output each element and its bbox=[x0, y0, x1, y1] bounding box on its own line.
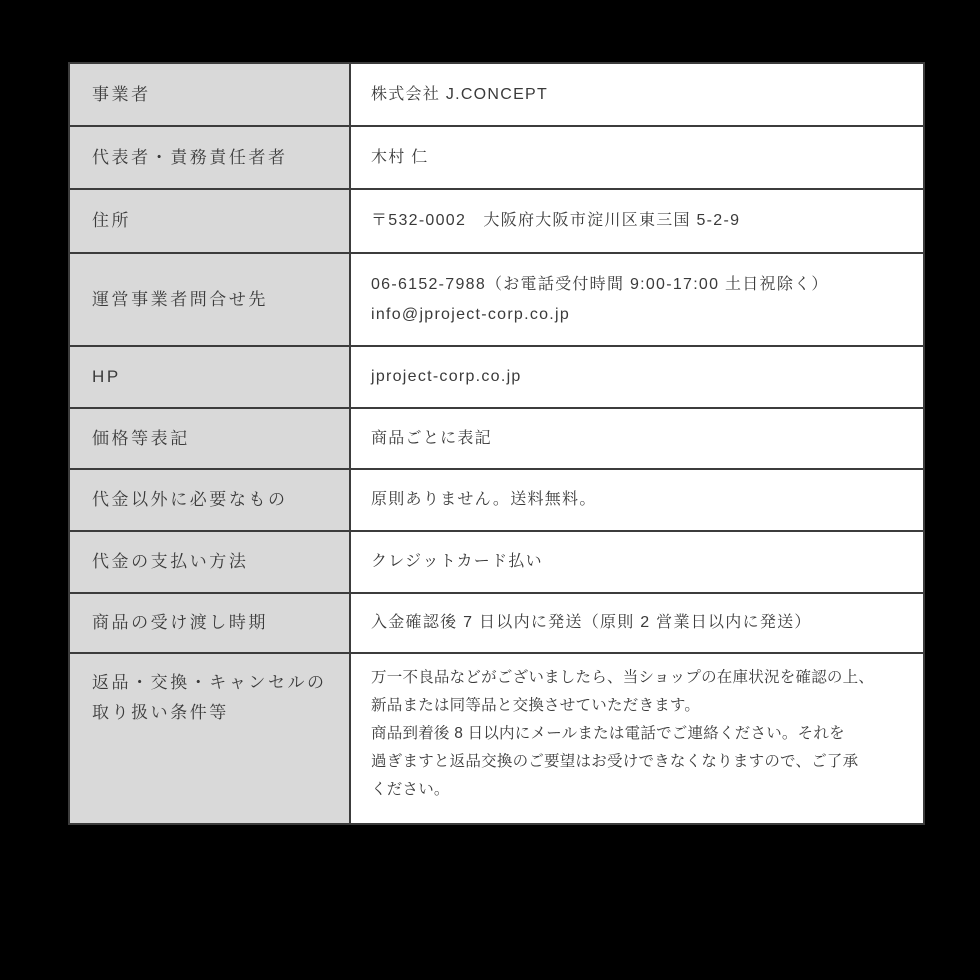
row-label-business: 事業者 bbox=[69, 63, 350, 126]
returns-policy-line-4: 過ぎますと返品交換のご要望はお受けできなくなりますので、ご了承 bbox=[371, 748, 911, 776]
row-value-address: 〒532-0002 大阪府大阪市淀川区東三国 5-2-9 bbox=[350, 189, 924, 253]
contact-email: info@jproject-corp.co.jp bbox=[371, 300, 911, 330]
returns-policy-line-1: 万一不良品などがございましたら、当ショップの在庫状況を確認の上、 bbox=[371, 664, 911, 692]
commerce-disclosure-table-panel: 事業者 株式会社 J.CONCEPT 代表者・責務責任者者 木村 仁 住所 〒5… bbox=[68, 62, 925, 823]
row-value-payment-method: クレジットカード払い bbox=[350, 531, 924, 593]
row-label-pricing: 価格等表記 bbox=[69, 408, 350, 469]
returns-policy-line-5: ください。 bbox=[371, 776, 911, 804]
row-value-representative: 木村 仁 bbox=[350, 126, 924, 189]
row-label-address: 住所 bbox=[69, 189, 350, 253]
row-value-delivery-time: 入金確認後 7 日以内に発送（原則 2 営業日以内に発送） bbox=[350, 593, 924, 653]
table-row: 返品・交換・キャンセルの 取り扱い条件等 万一不良品などがございましたら、当ショ… bbox=[69, 653, 924, 824]
row-label-representative: 代表者・責務責任者者 bbox=[69, 126, 350, 189]
table-row: 代金以外に必要なもの 原則ありません。送料無料。 bbox=[69, 469, 924, 531]
table-row: 住所 〒532-0002 大阪府大阪市淀川区東三国 5-2-9 bbox=[69, 189, 924, 253]
row-value-business: 株式会社 J.CONCEPT bbox=[350, 63, 924, 126]
row-label-hp: HP bbox=[69, 346, 350, 408]
row-label-extra-fees: 代金以外に必要なもの bbox=[69, 469, 350, 531]
page: { "colors": { "page-bg": "#000000", "hea… bbox=[0, 0, 980, 980]
row-value-contact: 06-6152-7988（お電話受付時間 9:00-17:00 土日祝除く） i… bbox=[350, 253, 924, 346]
row-label-returns-policy: 返品・交換・キャンセルの 取り扱い条件等 bbox=[69, 653, 350, 824]
table-row: 事業者 株式会社 J.CONCEPT bbox=[69, 63, 924, 126]
row-label-payment-method: 代金の支払い方法 bbox=[69, 531, 350, 593]
returns-label-line-1: 返品・交換・キャンセルの bbox=[92, 668, 339, 698]
returns-policy-line-2: 新品または同等品と交換させていただきます。 bbox=[371, 692, 911, 720]
row-label-contact: 運営事業者問合せ先 bbox=[69, 253, 350, 346]
row-value-hp: jproject-corp.co.jp bbox=[350, 346, 924, 408]
returns-policy-line-3: 商品到着後 8 日以内にメールまたは電話でご連絡ください。それを bbox=[371, 720, 911, 748]
row-value-pricing: 商品ごとに表記 bbox=[350, 408, 924, 469]
row-value-returns-policy: 万一不良品などがございましたら、当ショップの在庫状況を確認の上、 新品または同等… bbox=[350, 653, 924, 824]
commerce-disclosure-table: 事業者 株式会社 J.CONCEPT 代表者・責務責任者者 木村 仁 住所 〒5… bbox=[68, 62, 925, 825]
row-value-extra-fees: 原則ありません。送料無料。 bbox=[350, 469, 924, 531]
table-row: 運営事業者問合せ先 06-6152-7988（お電話受付時間 9:00-17:0… bbox=[69, 253, 924, 346]
table-row: 代表者・責務責任者者 木村 仁 bbox=[69, 126, 924, 189]
table-row: HP jproject-corp.co.jp bbox=[69, 346, 924, 408]
contact-phone: 06-6152-7988（お電話受付時間 9:00-17:00 土日祝除く） bbox=[371, 270, 911, 300]
table-row: 代金の支払い方法 クレジットカード払い bbox=[69, 531, 924, 593]
row-label-delivery-time: 商品の受け渡し時期 bbox=[69, 593, 350, 653]
returns-label-line-2: 取り扱い条件等 bbox=[92, 698, 339, 728]
table-row: 商品の受け渡し時期 入金確認後 7 日以内に発送（原則 2 営業日以内に発送） bbox=[69, 593, 924, 653]
table-row: 価格等表記 商品ごとに表記 bbox=[69, 408, 924, 469]
